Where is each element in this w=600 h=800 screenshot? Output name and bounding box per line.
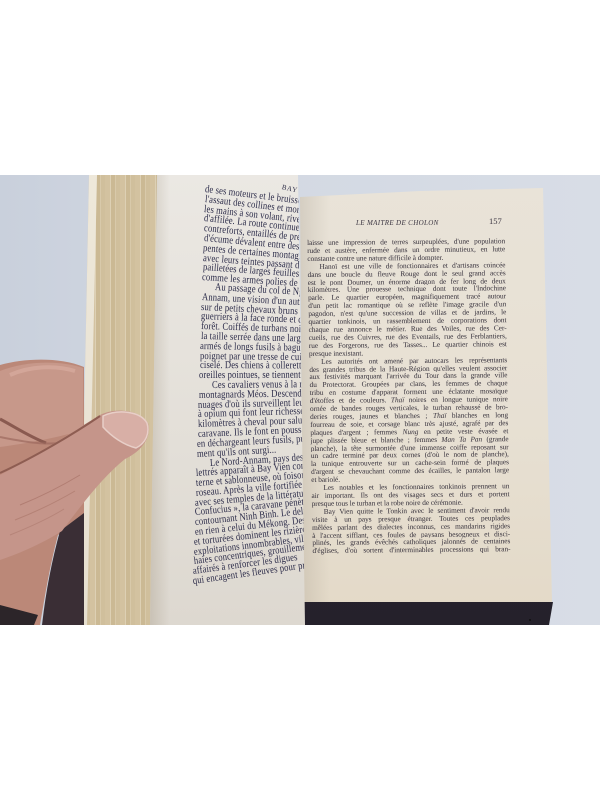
hand-icon — [0, 175, 600, 625]
book-photo: LE MAITRE DE CHOLON 157 laisse une impre… — [0, 175, 600, 625]
